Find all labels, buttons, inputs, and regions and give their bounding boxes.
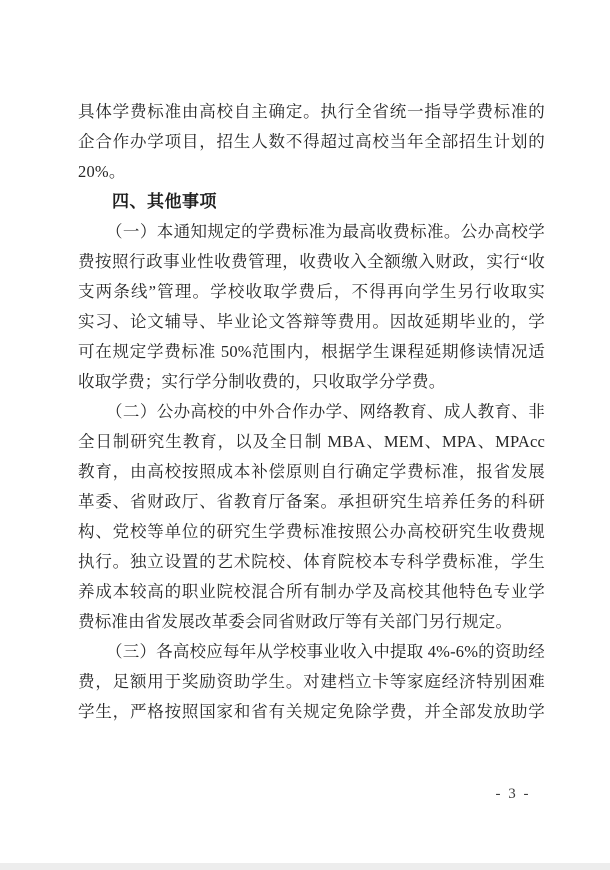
paragraph-start-line: （三）各高校应每年从学校事业收入中提取 4%-6%的资助经 [78, 637, 545, 667]
document-page: 具体学费标准由高校自主确定。执行全省统一指导学费标准的校 企合作办学项目，招生人… [0, 0, 610, 870]
text-line: 教育，由高校按照成本补偿原则自行确定学费标准，报省发展改 [78, 457, 545, 487]
text-line: 养成本较高的职业院校混合所有制办学及高校其他特色专业学 [78, 577, 545, 607]
text-line: 支两条线”管理。学校收取学费后，不得再向学生另行收取实验、 [78, 277, 545, 307]
text-line: 费按照行政事业性收费管理，收费收入全额缴入财政，实行“收 [78, 247, 545, 277]
document-body: 具体学费标准由高校自主确定。执行全省统一指导学费标准的校 企合作办学项目，招生人… [78, 97, 545, 727]
text-line: 费，足额用于奖励资助学生。对建档立卡等家庭经济特别困难的 [78, 667, 545, 697]
text-line: 学生，严格按照国家和省有关规定免除学费，并全部发放助学金。 [78, 697, 545, 727]
text-line: 20%。 [78, 157, 545, 187]
text-line: 具体学费标准由高校自主确定。执行全省统一指导学费标准的校 [78, 97, 545, 127]
paragraph-start-line: （一）本通知规定的学费标准为最高收费标准。公办高校学 [78, 217, 545, 247]
text-line: 构、党校等单位的研究生学费标准按照公办高校研究生收费规定 [78, 517, 545, 547]
paragraph-start-line: （二）公办高校的中外合作办学、网络教育、成人教育、非 [78, 397, 545, 427]
text-line: 可在规定学费标准 50%范围内，根据学生课程延期修读情况适当 [78, 337, 545, 367]
text-line: 企合作办学项目，招生人数不得超过高校当年全部招生计划的 [78, 127, 545, 157]
page-number: - 3 - [453, 786, 573, 803]
text-line: 实习、论文辅导、毕业论文答辩等费用。因故延期毕业的，学校 [78, 307, 545, 337]
text-line: 全日制研究生教育，以及全日制 MBA、MEM、MPA、MPAcc 研究生 [78, 427, 545, 457]
page-edge-strip [0, 863, 610, 870]
section-heading-other-matters: 四、其他事项 [78, 187, 545, 217]
text-line: 费标准由省发展改革委会同省财政厅等有关部门另行规定。 [78, 607, 545, 637]
text-line: 革委、省财政厅、省教育厅备案。承担研究生培养任务的科研机 [78, 487, 545, 517]
text-line: 收取学费；实行学分制收费的，只收取学分学费。 [78, 367, 545, 397]
text-line: 执行。独立设置的艺术院校、体育院校本专科学费标准，学生培 [78, 547, 545, 577]
